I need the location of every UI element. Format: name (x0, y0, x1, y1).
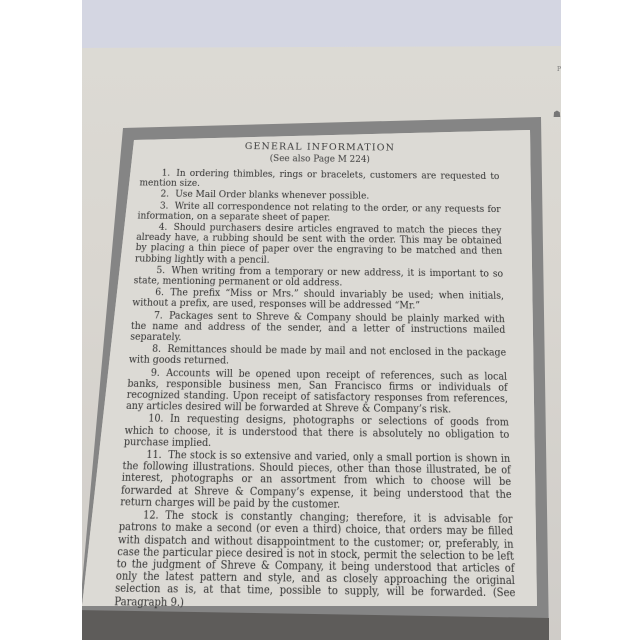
paragraph-3: 3.Write all correspondence not relating … (137, 201, 501, 225)
paragraph-9: 9.Accounts will be opened upon receipt o… (126, 368, 509, 417)
general-information-section: GENERAL INFORMATION (See also Page M 224… (114, 140, 516, 614)
paragraph-8: 8.Remittances should be made by mail and… (128, 344, 506, 370)
paragraph-10: 10.In requesting designs, photographs or… (124, 414, 510, 453)
paragraph-12: 12.The stock is constantly changing; the… (114, 510, 516, 613)
paragraph-7: 7.Packages sent to Shreve & Company shou… (130, 310, 506, 347)
catalog-page-photo: P ☗ GENERAL INFORMATION (See also Page M… (82, 0, 561, 640)
section-heading: GENERAL INFORMATION (141, 140, 498, 154)
paragraph-11: 11.The stock is so extensive and varied,… (120, 450, 512, 514)
section-subheading: (See also Page M 224) (141, 153, 499, 166)
paragraph-5: 5.When writing from a temporary or new a… (133, 265, 503, 290)
paragraph-4: 4.Should purchasers desire articles engr… (135, 222, 503, 268)
paragraph-6: 6.The prefix “Miss or Mrs.” should invar… (132, 288, 505, 314)
paragraph-1: 1.In ordering thimbles, rings or bracele… (139, 169, 500, 193)
